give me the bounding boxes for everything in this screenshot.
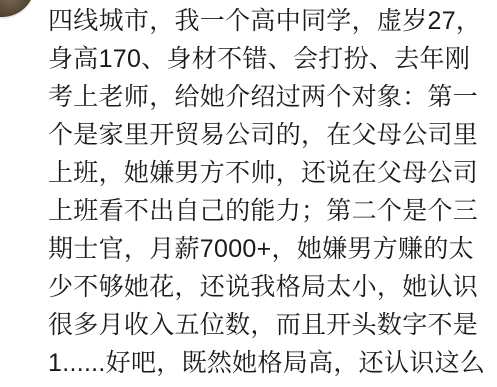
- text-line: 上班，她嫌男方不帅，还说在父母公司: [48, 154, 478, 192]
- text-line: 1......好吧，既然她格局高，还认识这么: [48, 344, 478, 382]
- profile-avatar[interactable]: [0, 0, 35, 17]
- text-line: 个是家里开贸易公司的，在父母公司里: [48, 116, 478, 154]
- text-line: 考上老师，给她介绍过两个对象：第一: [48, 78, 478, 116]
- text-line: 很多月收入五位数，而且开头数字不是: [48, 306, 478, 344]
- text-post-screenshot: 四线城市，我一个高中同学，虚岁27， 身高170、身材不错、会打扮、去年刚 考上…: [0, 0, 497, 387]
- text-line: 身高170、身材不错、会打扮、去年刚: [48, 40, 478, 78]
- text-line: 期士官，月薪7000+，她嫌男方赚的太: [48, 230, 478, 268]
- text-line: 四线城市，我一个高中同学，虚岁27，: [48, 2, 478, 40]
- post-body: 四线城市，我一个高中同学，虚岁27， 身高170、身材不错、会打扮、去年刚 考上…: [48, 2, 478, 382]
- text-line: 上班看不出自己的能力；第二个是个三: [48, 192, 478, 230]
- text-line: 少不够她花，还说我格局太小，她认识: [48, 268, 478, 306]
